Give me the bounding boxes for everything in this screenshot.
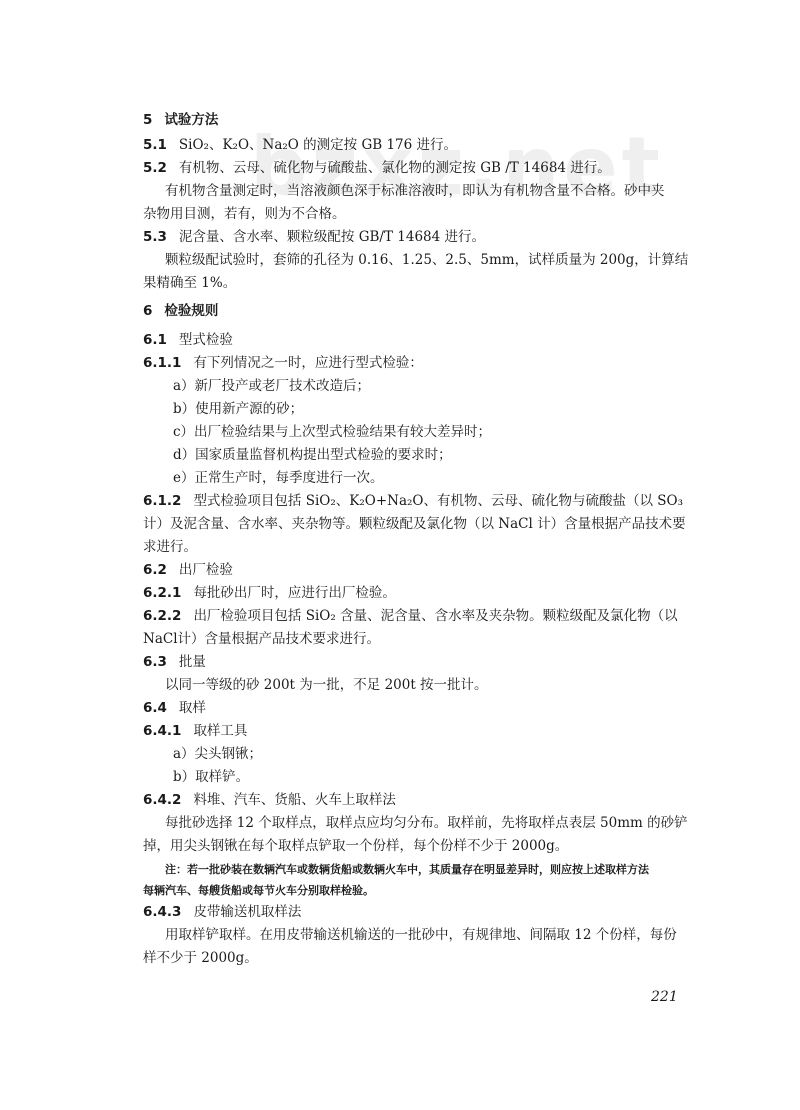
clause-6-3-para: 以同一等级的砂 200t 为一批，不足 200t 按一批计。 (165, 676, 488, 694)
clause-6-1: 6.1型式检验 (143, 331, 233, 349)
list-item: c）出厂检验结果与上次型式检验结果有较大差异时； (173, 423, 491, 441)
clause-5-3-para-cont: 果精确至 1%。 (143, 274, 236, 292)
clause-5-1: 5.1SiO₂、K₂O、Na₂O 的测定按 GB 176 进行。 (143, 136, 457, 154)
document-page: bzxz.net 5试验方法 5.1SiO₂、K₂O、Na₂O 的测定按 GB … (0, 0, 800, 1110)
clause-6-2-1: 6.2.1每批砂出厂时，应进行出厂检验。 (143, 584, 396, 602)
clause-5-2-para: 有机物含量测定时，当溶液颜色深于标准溶液时，即认为有机物含量不合格。砂中夹 (165, 182, 665, 200)
section-5-heading: 5试验方法 (143, 111, 218, 129)
clause-6-4-2-para: 每批砂选择 12 个取样点，取样点应均匀分布。取样前，先将取样点表层 50mm … (165, 814, 688, 832)
clause-6-4: 6.4取样 (143, 699, 206, 717)
clause-5-3-para: 颗粒级配试验时，套筛的孔径为 0.16、1.25、2.5、5mm，试样质量为 2… (165, 251, 688, 269)
page-number: 221 (651, 989, 678, 1005)
clause-5-2-para-cont: 杂物用目测，若有，则为不合格。 (143, 205, 346, 223)
note-cont: 每辆汽车、每艘货船或每节火车分别取样检验。 (143, 882, 374, 900)
list-item: d）国家质量监督机构提出型式检验的要求时； (173, 446, 452, 464)
clause-6-4-2-para-cont: 掉，用尖头钢锹在每个取样点铲取一个份样，每个份样不少于 2000g。 (143, 837, 568, 855)
list-item: b）取样铲。 (173, 768, 249, 786)
clause-6-4-3-para-cont: 样不少于 2000g。 (143, 949, 258, 967)
clause-5-3: 5.3泥含量、含水率、颗粒级配按 GB/T 14684 进行。 (143, 228, 485, 246)
list-item: a）新厂投产或老厂技术改造后； (173, 377, 370, 395)
clause-6-1-1: 6.1.1有下列情况之一时，应进行型式检验： (143, 354, 423, 372)
list-item: e）正常生产时，每季度进行一次。 (173, 469, 384, 487)
clause-6-2-2-cont: NaCl计）含量根据产品技术要求进行。 (143, 630, 380, 648)
clause-5-2: 5.2有机物、云母、硫化物与硫酸盐、氯化物的测定按 GB /T 14684 进行… (143, 159, 611, 177)
clause-6-1-2: 6.1.2型式检验项目包括 SiO₂、K₂O+Na₂O、有机物、云母、硫化物与硫… (143, 492, 683, 510)
clause-6-3: 6.3批量 (143, 653, 206, 671)
note: 注：若一批砂装在数辆汽车或数辆货船或数辆火车中，其质量存在明显差异时，则应按上述… (165, 861, 649, 879)
list-item: b）使用新产源的砂； (173, 400, 303, 418)
clause-6-4-2: 6.4.2料堆、汽车、货船、火车上取样法 (143, 791, 396, 809)
clause-6-2: 6.2出厂检验 (143, 561, 233, 579)
clause-6-4-3: 6.4.3皮带输送机取样法 (143, 903, 301, 921)
clause-6-4-3-para: 用取样铲取样。在用皮带输送机输送的一批砂中，有规律地、间隔取 12 个份样，每份 (165, 926, 677, 944)
clause-6-1-2-cont: 计）及泥含量、含水率、夹杂物等。颗粒级配及氯化物（以 NaCl 计）含量根据产品… (143, 515, 686, 533)
clause-6-2-2: 6.2.2出厂检验项目包括 SiO₂ 含量、泥含量、含水率及夹杂物。颗粒级配及氯… (143, 607, 678, 625)
section-6-heading: 6检验规则 (143, 302, 218, 320)
clause-6-4-1: 6.4.1取样工具 (143, 722, 247, 740)
clause-6-1-2-cont2: 求进行。 (143, 538, 197, 556)
list-item: a）尖头钢锹； (173, 745, 262, 763)
